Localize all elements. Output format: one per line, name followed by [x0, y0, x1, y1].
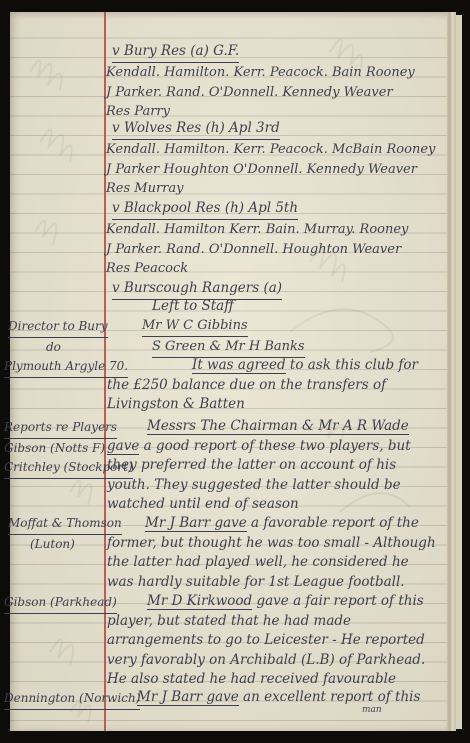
- minute-lead: Mr J Barr gave: [145, 515, 247, 532]
- minute-text: an excellent report of this: [239, 689, 421, 705]
- page-edge-crease: [447, 12, 456, 731]
- minute-body-moffat: Mr J Barr gave a favorable report of the…: [107, 514, 437, 592]
- margin-note-gibson-notts: Gibson (Notts F): [4, 439, 105, 459]
- appointee-name: S Green & Mr H Banks: [152, 337, 305, 358]
- minute-text: a good report of these two players, but …: [107, 438, 411, 513]
- margin-note-luton: (Luton): [30, 535, 75, 555]
- minute-body-dennington: Mr J Barr gave an excellent report of th…: [107, 688, 437, 708]
- fixture-lineup-line: J Parker. Rand. O'Donnell. Houghton Weav…: [106, 240, 401, 260]
- margin-note-ditto: do: [46, 338, 61, 358]
- minute-body-reports: Messrs The Chairman & Mr A R Wade gave a…: [107, 417, 437, 515]
- minute-lead: Mr D Kirkwood: [147, 593, 252, 610]
- minute-lead: Mr J Barr gave: [137, 689, 239, 706]
- minute-body-gibson: Mr D Kirkwood gave a fair report of this…: [107, 592, 437, 690]
- catchword: man: [362, 701, 382, 721]
- left-to-staff-note: Left to Staff: [152, 297, 234, 317]
- fixture-lineup-line: J Parker. Rand. O'Donnell. Kennedy Weave…: [106, 83, 393, 103]
- margin-note-director-to-bury: Director to Bury: [8, 317, 108, 338]
- fixture-header-bury: v Bury Res (a) G.F.: [112, 42, 239, 63]
- fixture-lineup-line: Kendall. Hamilton Kerr. Bain. Murray. Ro…: [106, 220, 408, 240]
- fixture-header-blackpool: v Blackpool Res (h) Apl 5th: [112, 199, 298, 220]
- margin-note-gibson-parkhead: Gibson (Parkhead): [4, 593, 117, 614]
- fixture-reserve-line: Res Murray: [106, 179, 184, 199]
- fixture-header-wolves: v Wolves Res (h) Apl 3rd: [112, 119, 280, 140]
- margin-note-reports-re-players: Reports re Players: [4, 418, 117, 439]
- minute-body-plymouth: It was agreed to ask this club for the £…: [107, 356, 437, 415]
- fixture-lineup-line: Kendall. Hamilton. Kerr. Peacock. Bain R…: [106, 63, 415, 83]
- margin-note-moffat-thomson: Moffat & Thomson: [8, 514, 122, 535]
- underlying-page-edge: [456, 15, 462, 729]
- appointee-name: Mr W C Gibbins: [142, 316, 248, 337]
- fixture-lineup-line: Kendall. Hamilton. Kerr. Peacock. McBain…: [106, 140, 435, 160]
- minute-lead: It was agreed: [192, 357, 286, 374]
- fixture-reserve-line: Res Peacock: [106, 259, 188, 279]
- fixture-lineup-line: J Parker Houghton O'Donnell. Kennedy Wea…: [106, 160, 417, 180]
- scanned-minute-book-page: v Bury Res (a) G.F. Kendall. Hamilton. K…: [0, 0, 470, 743]
